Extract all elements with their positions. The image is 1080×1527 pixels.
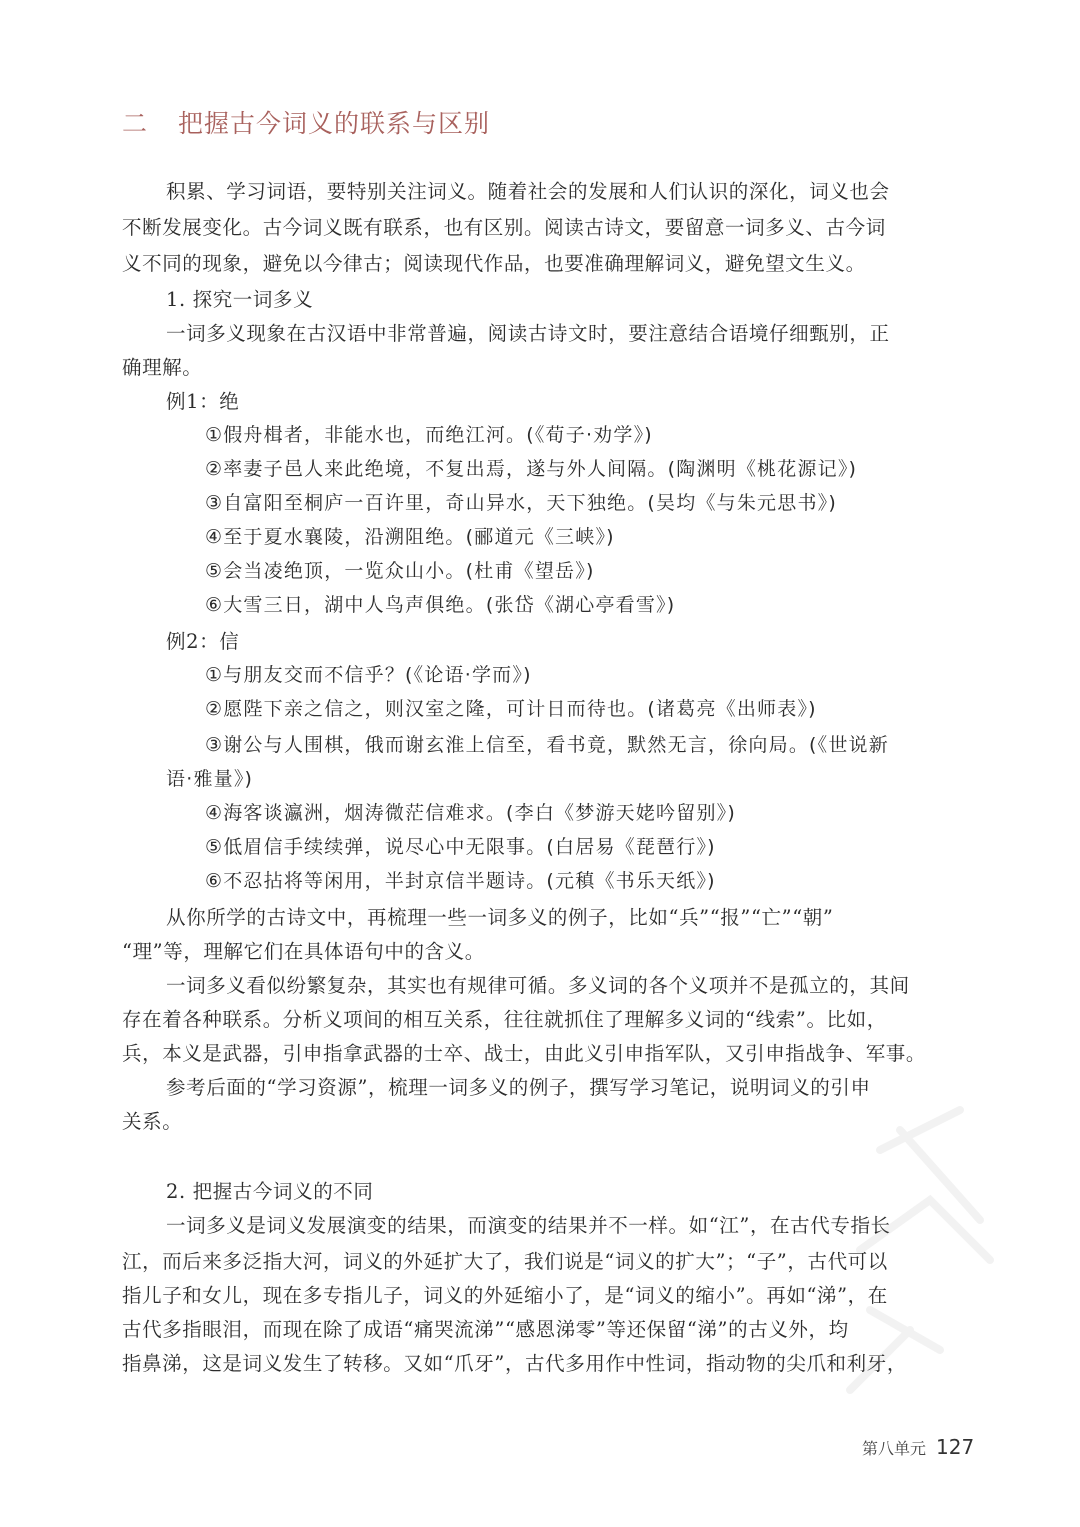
page-footer: 第八单元127 bbox=[862, 1435, 974, 1459]
paragraph-line: 一词多义是词义发展演变的结果，而演变的结果并不一样。如“江”，在古代专指长 bbox=[166, 1210, 891, 1238]
example-2-quote-3: ③谢公与人围棋，俄而谢玄淮上信至，看书竟，默然无言，徐向局。(《世说新 bbox=[205, 730, 889, 757]
example-1-quote-3: ③自富阳至桐庐一百许里，奇山异水，天下独绝。(吴均《与朱元思书》) bbox=[205, 488, 837, 515]
paragraph-line: 一词多义现象在古汉语中非常普遍，阅读古诗文时，要注意结合语境仔细甄别，正 bbox=[166, 318, 890, 346]
example-1-quote-4: ④至于夏水襄陵，沿溯阻绝。(郦道元《三峡》) bbox=[205, 522, 615, 549]
paragraph-line: 存在着各种联系。分析义项间的相互关系，往往就抓住了理解多义词的“线索”。比如， bbox=[122, 1004, 887, 1032]
paragraph-line: 古代多指眼泪，而现在除了成语“痛哭流涕”“感恩涕零”等还保留“涕”的古义外，均 bbox=[122, 1314, 849, 1342]
paragraph-line: 江，而后来多泛指大河，词义的外延扩大了，我们说是“词义的扩大”；“子”，古代可以 bbox=[122, 1246, 888, 1274]
paragraph-line: 一词多义看似纷繁复杂，其实也有规律可循。多义词的各个义项并不是孤立的，其间 bbox=[166, 970, 910, 998]
example-1-quote-1: ①假舟楫者，非能水也，而绝江河。(《荀子·劝学》) bbox=[205, 420, 653, 447]
paragraph-line: 义不同的现象，避免以今律古；阅读现代作品，也要准确理解词义，避免望文生义。 bbox=[122, 248, 866, 276]
example-2-quote-5: ⑤低眉信手续续弹，说尽心中无限事。(白居易《琵琶行》) bbox=[205, 832, 716, 859]
paragraph-line: 从你所学的古诗文中，再梳理一些一词多义的例子，比如“兵”“报”“亡”“朝” bbox=[166, 902, 833, 930]
paragraph-line: 指儿子和女儿，现在多专指儿子，词义的外延缩小了，是“词义的缩小”。再如“涕”，在 bbox=[122, 1280, 888, 1308]
example-2-quote-6: ⑥不忍拈将等闲用，半封京信半题诗。(元稹《书乐天纸》) bbox=[205, 866, 716, 893]
example-1-quote-5: ⑤会当凌绝顶，一览众山小。(杜甫《望岳》) bbox=[205, 556, 595, 583]
subsection-heading-2: 2. 把握古今词义的不同 bbox=[166, 1176, 374, 1204]
example-2-quote-2: ②愿陛下亲之信之，则汉室之隆，可计日而待也。(诸葛亮《出师表》) bbox=[205, 694, 817, 721]
example-1-label: 例1：绝 bbox=[166, 386, 239, 414]
textbook-page: 二把握古今词义的联系与区别 积累、学习词语，要特别关注词义。随着社会的发展和人们… bbox=[0, 0, 1080, 1527]
unit-label: 第八单元 bbox=[862, 1439, 926, 1458]
paragraph-line: 参考后面的“学习资源”，梳理一词多义的例子，撰写学习笔记，说明词义的引申 bbox=[166, 1072, 871, 1100]
section-title-text: 把握古今词义的联系与区别 bbox=[178, 109, 490, 138]
paragraph-line: 关系。 bbox=[122, 1106, 182, 1134]
example-2-quote-4: ④海客谈瀛洲，烟涛微茫信难求。(李白《梦游天姥吟留别》) bbox=[205, 798, 736, 825]
example-2-quote-1: ①与朋友交而不信乎？(《论语·学而》) bbox=[205, 660, 532, 687]
example-2-label: 例2：信 bbox=[166, 626, 239, 654]
paragraph-line: 兵，本义是武器，引申指拿武器的士卒、战士，由此义引申指军队，又引申指战争、军事。 bbox=[122, 1038, 926, 1066]
section-heading: 二把握古今词义的联系与区别 bbox=[122, 104, 490, 140]
example-1-quote-2: ②率妻子邑人来此绝境，不复出焉，遂与外人间隔。(陶渊明《桃花源记》) bbox=[205, 454, 857, 481]
section-number: 二 bbox=[122, 109, 148, 138]
example-2-quote-3-cont: 语·雅量》) bbox=[166, 764, 253, 791]
paragraph-line: 确理解。 bbox=[122, 352, 202, 380]
page-number: 127 bbox=[936, 1435, 974, 1459]
paragraph-line: 不断发展变化。古今词义既有联系，也有区别。阅读古诗文，要留意一词多义、古今词 bbox=[122, 212, 886, 240]
paragraph-line: “理”等，理解它们在具体语句中的含义。 bbox=[122, 936, 485, 964]
paragraph-line: 指鼻涕，这是词义发生了转移。又如“爪牙”，古代多用作中性词，指动物的尖爪和利牙， bbox=[122, 1348, 907, 1376]
example-1-quote-6: ⑥大雪三日，湖中人鸟声俱绝。(张岱《湖心亭看雪》) bbox=[205, 590, 675, 617]
paragraph-line: 积累、学习词语，要特别关注词义。随着社会的发展和人们认识的深化，词义也会 bbox=[166, 176, 890, 204]
subsection-heading-1: 1. 探究一词多义 bbox=[166, 284, 313, 312]
